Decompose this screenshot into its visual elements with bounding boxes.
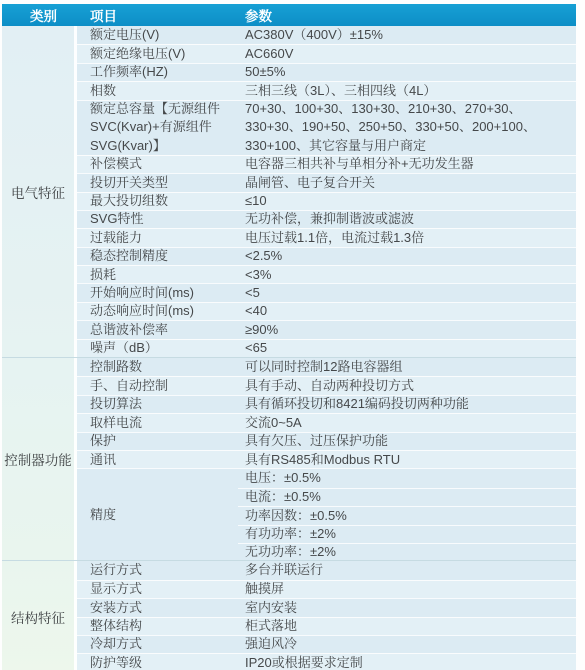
spec-row: 安装方式室内安装: [77, 598, 576, 616]
spec-row: 手、自动控制具有手动、自动两种投切方式: [77, 376, 576, 394]
section: 控制器功能控制路数可以同时控制12路电容器组手、自动控制具有手动、自动两种投切方…: [2, 357, 576, 560]
spec-row: 最大投切组数≤10: [77, 192, 576, 210]
item-cell: 安装方式: [77, 599, 238, 617]
param-sub-row: 功率因数：±0.5%: [238, 506, 576, 524]
param-sub-row: 电流：±0.5%: [238, 488, 576, 506]
item-cell: 开始响应时间(ms): [77, 284, 238, 302]
param-cell: 具有RS485和Modbus RTU: [238, 451, 576, 469]
item-cell: 总谐波补偿率: [77, 321, 238, 339]
param-cell: AC380V（400V）±15%: [238, 26, 576, 44]
item-cell: 最大投切组数: [77, 192, 238, 210]
category-cell: 控制器功能: [2, 358, 77, 560]
param-cell: 具有手动、自动两种投切方式: [238, 377, 576, 395]
spec-row: SVG特性无功补偿，兼抑制谐波或滤波: [77, 210, 576, 228]
item-cell: 相数: [77, 82, 238, 100]
item-cell: 保护: [77, 432, 238, 450]
spec-row: 保护具有欠压、过压保护功能: [77, 432, 576, 450]
spec-row: 总谐波补偿率≥90%: [77, 320, 576, 338]
param-cell: 柜式落地: [238, 617, 576, 635]
section: 结构特征运行方式多台并联运行显示方式触摸屏安装方式室内安装整体结构柜式落地冷却方…: [2, 560, 576, 670]
param-cell: 电容器三相共补与单相分补+无功发生器: [238, 155, 576, 173]
spec-row: 噪声（dB）<65: [77, 339, 576, 357]
spec-row: 补偿模式电容器三相共补与单相分补+无功发生器: [77, 155, 576, 173]
category-label: 结构特征: [11, 607, 65, 627]
item-cell: 显示方式: [77, 580, 238, 598]
spec-row: 精度电压：±0.5%电流：±0.5%功率因数：±0.5%有功功率：±2%无功功率…: [77, 468, 576, 560]
item-cell: 取样电流: [77, 414, 238, 432]
spec-row: 防护等级IP20或根据要求定制: [77, 653, 576, 670]
param-cell: <2.5%: [238, 247, 576, 265]
param-cell: AC660V: [238, 45, 576, 63]
param-cell: 电压：±0.5%电流：±0.5%功率因数：±0.5%有功功率：±2%无功功率：±…: [238, 469, 576, 560]
param-cell: 70+30、100+30、130+30、210+30、270+30、 330+3…: [238, 100, 576, 155]
param-cell: 交流0~5A: [238, 414, 576, 432]
item-cell: 额定电压(V): [77, 26, 238, 44]
item-cell: 损耗: [77, 266, 238, 284]
section-rows: 额定电压(V)AC380V（400V）±15%额定绝缘电压(V)AC660V工作…: [77, 26, 576, 357]
param-sub-row: 电压：±0.5%: [238, 469, 576, 487]
spec-row: 工作频率(HZ)50±5%: [77, 63, 576, 81]
spec-row: 运行方式多台并联运行: [77, 561, 576, 579]
header-cell-category: 类别: [2, 5, 77, 25]
spec-row: 损耗<3%: [77, 265, 576, 283]
param-cell: 无功补偿，兼抑制谐波或滤波: [238, 210, 576, 228]
param-sub-row: 无功功率：±2%: [238, 543, 576, 561]
spec-row: 控制路数可以同时控制12路电容器组: [77, 358, 576, 376]
item-cell: 额定总容量【无源组件 SVC(Kvar)+有源组件 SVG(Kvar)】: [77, 100, 238, 155]
param-cell: <65: [238, 339, 576, 357]
spec-row: 显示方式触摸屏: [77, 580, 576, 598]
page: 类别 项目 参数 电气特征额定电压(V)AC380V（400V）±15%额定绝缘…: [0, 0, 585, 670]
item-cell: 过载能力: [77, 229, 238, 247]
item-cell: 精度: [77, 506, 238, 524]
item-cell: 投切开关类型: [77, 174, 238, 192]
param-cell: 触摸屏: [238, 580, 576, 598]
spec-row: 投切开关类型晶闸管、电子复合开关: [77, 173, 576, 191]
item-cell: 通讯: [77, 451, 238, 469]
spec-row: 额定总容量【无源组件 SVC(Kvar)+有源组件 SVG(Kvar)】70+3…: [77, 100, 576, 155]
spec-row: 过载能力电压过载1.1倍，电流过载1.3倍: [77, 228, 576, 246]
param-cell: 室内安装: [238, 599, 576, 617]
param-cell: IP20或根据要求定制: [238, 654, 576, 670]
item-cell: 投切算法: [77, 395, 238, 413]
item-cell: 额定绝缘电压(V): [77, 45, 238, 63]
category-label: 电气特征: [11, 182, 65, 202]
param-cell: 多台并联运行: [238, 561, 576, 579]
item-cell: 噪声（dB）: [77, 339, 238, 357]
spec-row: 冷却方式强迫风冷: [77, 635, 576, 653]
param-cell: 50±5%: [238, 63, 576, 81]
item-cell: 整体结构: [77, 617, 238, 635]
item-cell: 冷却方式: [77, 635, 238, 653]
param-cell: 具有循环投切和8421编码投切两种功能: [238, 395, 576, 413]
table-body: 电气特征额定电压(V)AC380V（400V）±15%额定绝缘电压(V)AC66…: [2, 26, 576, 670]
item-cell: SVG特性: [77, 210, 238, 228]
category-cell: 电气特征: [2, 26, 77, 357]
param-cell: ≥90%: [238, 321, 576, 339]
table-header-row: 类别 项目 参数: [2, 4, 576, 26]
param-sub-row: 有功功率：±2%: [238, 525, 576, 543]
spec-table: 类别 项目 参数 电气特征额定电压(V)AC380V（400V）±15%额定绝缘…: [2, 4, 576, 670]
spec-row: 相数三相三线（3L）、三相四线（4L）: [77, 81, 576, 99]
param-cell: 具有欠压、过压保护功能: [238, 432, 576, 450]
item-cell: 控制路数: [77, 358, 238, 376]
spec-row: 开始响应时间(ms)<5: [77, 283, 576, 301]
spec-row: 投切算法具有循环投切和8421编码投切两种功能: [77, 395, 576, 413]
section: 电气特征额定电压(V)AC380V（400V）±15%额定绝缘电压(V)AC66…: [2, 26, 576, 357]
item-cell: 手、自动控制: [77, 377, 238, 395]
param-cell: <3%: [238, 266, 576, 284]
param-cell: <5: [238, 284, 576, 302]
item-cell: 补偿模式: [77, 155, 238, 173]
param-cell: 强迫风冷: [238, 635, 576, 653]
header-cell-param: 参数: [238, 5, 576, 25]
item-cell: 工作频率(HZ): [77, 63, 238, 81]
item-cell: 动态响应时间(ms): [77, 302, 238, 320]
item-cell: 防护等级: [77, 654, 238, 670]
section-rows: 运行方式多台并联运行显示方式触摸屏安装方式室内安装整体结构柜式落地冷却方式强迫风…: [77, 561, 576, 670]
header-cell-item: 项目: [77, 5, 238, 25]
param-cell: 三相三线（3L）、三相四线（4L）: [238, 82, 576, 100]
spec-row: 稳态控制精度<2.5%: [77, 247, 576, 265]
spec-row: 额定电压(V)AC380V（400V）±15%: [77, 26, 576, 44]
spec-row: 额定绝缘电压(V)AC660V: [77, 44, 576, 62]
item-cell: 稳态控制精度: [77, 247, 238, 265]
param-cell: 可以同时控制12路电容器组: [238, 358, 576, 376]
param-cell: 电压过载1.1倍，电流过载1.3倍: [238, 229, 576, 247]
spec-row: 整体结构柜式落地: [77, 617, 576, 635]
spec-row: 通讯具有RS485和Modbus RTU: [77, 450, 576, 468]
item-cell: 运行方式: [77, 561, 238, 579]
param-cell: ≤10: [238, 192, 576, 210]
category-label: 控制器功能: [4, 449, 72, 469]
category-cell: 结构特征: [2, 561, 77, 670]
spec-row: 动态响应时间(ms)<40: [77, 302, 576, 320]
spec-row: 取样电流交流0~5A: [77, 413, 576, 431]
section-rows: 控制路数可以同时控制12路电容器组手、自动控制具有手动、自动两种投切方式投切算法…: [77, 358, 576, 560]
param-cell: 晶闸管、电子复合开关: [238, 174, 576, 192]
param-cell: <40: [238, 302, 576, 320]
